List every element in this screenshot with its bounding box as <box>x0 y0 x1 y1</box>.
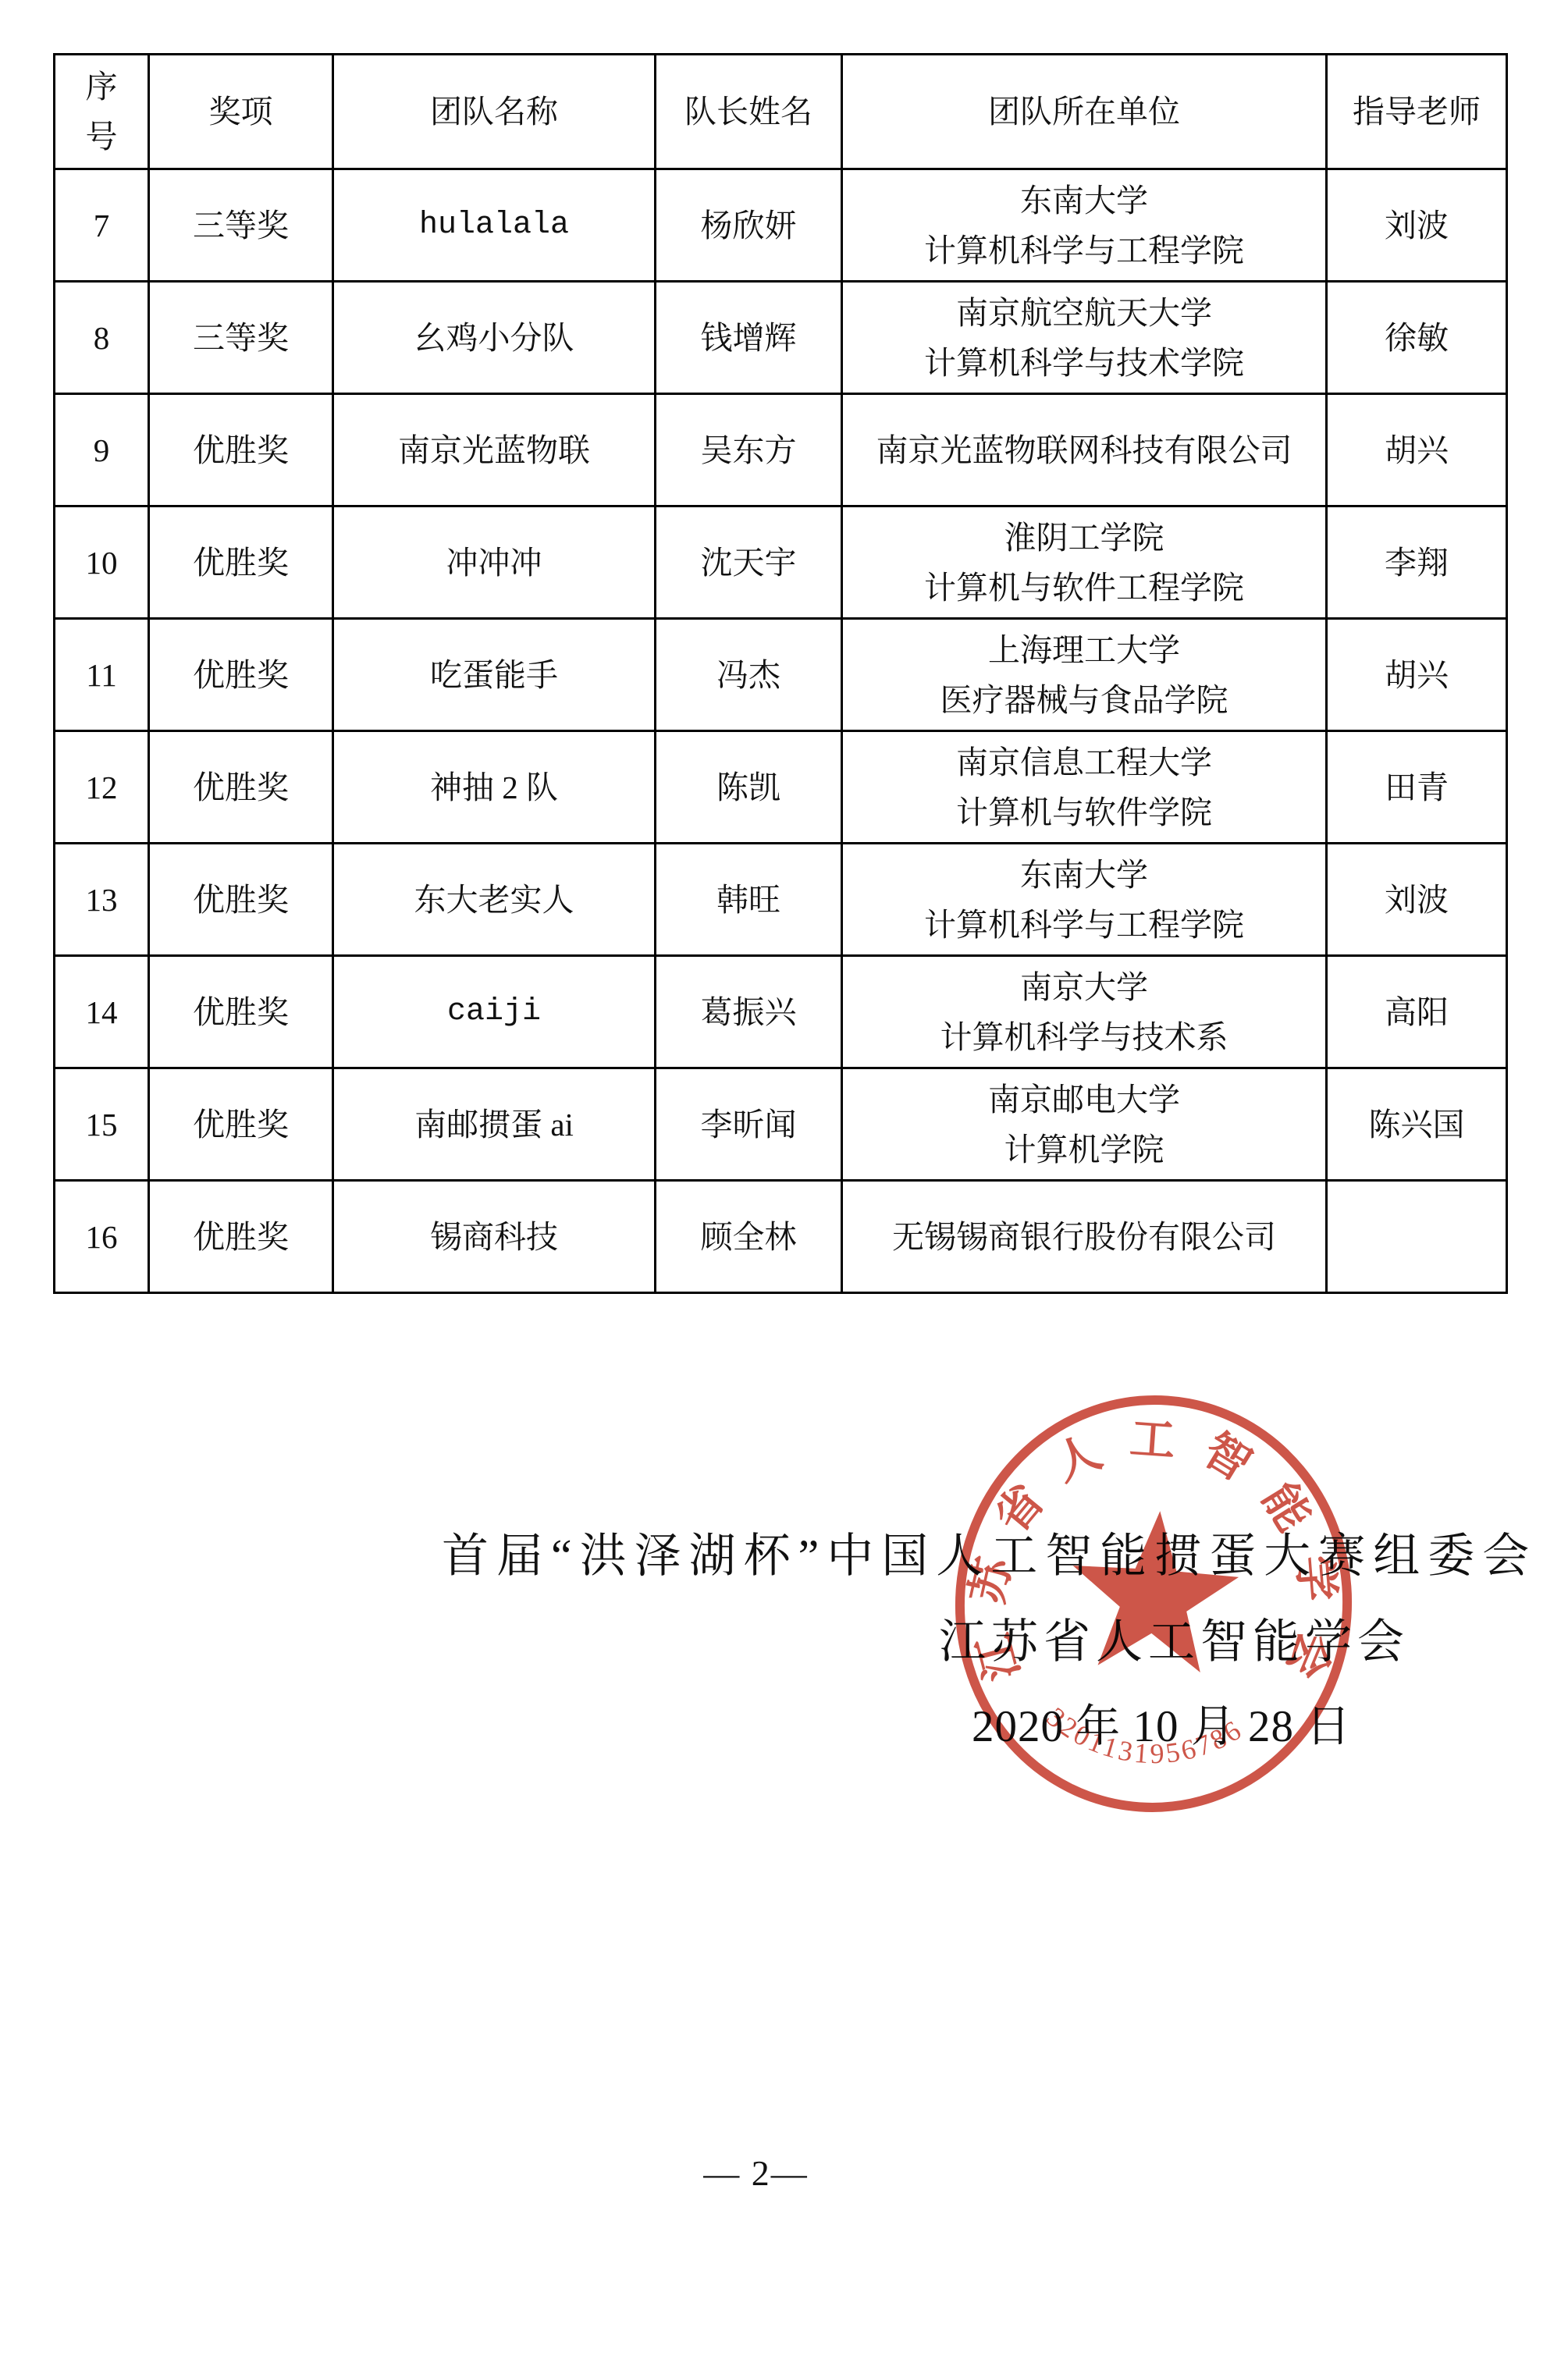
cell-no: 8 <box>55 282 149 394</box>
cell-award: 三等奖 <box>149 169 333 282</box>
cell-teacher: 田青 <box>1327 731 1507 844</box>
cell-teacher: 李翔 <box>1327 506 1507 619</box>
cell-captain: 沈天宇 <box>656 506 842 619</box>
committee-signature-line: 首届“洪泽湖杯”中国人工智能掼蛋大赛组委会 <box>442 1519 1537 1586</box>
cell-team: 吃蛋能手 <box>333 619 656 731</box>
cell-teacher: 胡兴 <box>1327 394 1507 506</box>
table-row: 9 优胜奖 南京光蓝物联 吴东方 南京光蓝物联网科技有限公司 胡兴 <box>55 394 1507 506</box>
header-teacher: 指导老师 <box>1327 55 1507 169</box>
cell-teacher: 陈兴国 <box>1327 1068 1507 1181</box>
header-team: 团队名称 <box>333 55 656 169</box>
cell-org: 东南大学 计算机科学与工程学院 <box>842 169 1327 282</box>
cell-team: 幺鸡小分队 <box>333 282 656 394</box>
cell-no: 15 <box>55 1068 149 1181</box>
cell-org: 上海理工大学 医疗器械与食品学院 <box>842 619 1327 731</box>
cell-captain: 冯杰 <box>656 619 842 731</box>
header-captain: 队长姓名 <box>656 55 842 169</box>
cell-org: 南京邮电大学 计算机学院 <box>842 1068 1327 1181</box>
cell-award: 优胜奖 <box>149 844 333 956</box>
table-header-row: 序号 奖项 团队名称 队长姓名 团队所在单位 指导老师 <box>55 55 1507 169</box>
cell-org: 南京大学 计算机科学与技术系 <box>842 956 1327 1068</box>
cell-captain: 李昕闻 <box>656 1068 842 1181</box>
cell-team: 锡商科技 <box>333 1181 656 1293</box>
award-table: 序号 奖项 团队名称 队长姓名 团队所在单位 指导老师 7 三等奖 hulala… <box>53 53 1508 1294</box>
table-row: 16 优胜奖 锡商科技 顾全林 无锡锡商银行股份有限公司 <box>55 1181 1507 1293</box>
header-org: 团队所在单位 <box>842 55 1327 169</box>
cell-org: 南京航空航天大学 计算机科学与技术学院 <box>842 282 1327 394</box>
table-row: 15 优胜奖 南邮掼蛋 ai 李昕闻 南京邮电大学 计算机学院 陈兴国 <box>55 1068 1507 1181</box>
header-no: 序号 <box>55 55 149 169</box>
cell-award: 三等奖 <box>149 282 333 394</box>
cell-team: 东大老实人 <box>333 844 656 956</box>
cell-team: hulalala <box>333 169 656 282</box>
cell-teacher: 刘波 <box>1327 169 1507 282</box>
cell-award: 优胜奖 <box>149 1068 333 1181</box>
table-row: 11 优胜奖 吃蛋能手 冯杰 上海理工大学 医疗器械与食品学院 胡兴 <box>55 619 1507 731</box>
page-number: — 2— <box>0 2152 1540 2194</box>
cell-captain: 顾全林 <box>656 1181 842 1293</box>
society-signature-line: 江苏省人工智能学会 <box>939 1605 1410 1672</box>
cell-no: 9 <box>55 394 149 506</box>
cell-no: 11 <box>55 619 149 731</box>
cell-captain: 杨欣妍 <box>656 169 842 282</box>
cell-org: 东南大学 计算机科学与工程学院 <box>842 844 1327 956</box>
signature-date: 2020 年 10 月 28 日 <box>972 1690 1351 1754</box>
cell-award: 优胜奖 <box>149 731 333 844</box>
cell-no: 16 <box>55 1181 149 1293</box>
cell-org: 南京信息工程大学 计算机与软件学院 <box>842 731 1327 844</box>
cell-team: caiji <box>333 956 656 1068</box>
cell-award: 优胜奖 <box>149 956 333 1068</box>
cell-team: 南京光蓝物联 <box>333 394 656 506</box>
document-page: 序号 奖项 团队名称 队长姓名 团队所在单位 指导老师 7 三等奖 hulala… <box>0 0 1568 2367</box>
table-row: 8 三等奖 幺鸡小分队 钱增辉 南京航空航天大学 计算机科学与技术学院 徐敏 <box>55 282 1507 394</box>
cell-award: 优胜奖 <box>149 506 333 619</box>
cell-captain: 韩旺 <box>656 844 842 956</box>
table-row: 12 优胜奖 神抽 2 队 陈凯 南京信息工程大学 计算机与软件学院 田青 <box>55 731 1507 844</box>
cell-teacher: 刘波 <box>1327 844 1507 956</box>
cell-no: 12 <box>55 731 149 844</box>
cell-org: 南京光蓝物联网科技有限公司 <box>842 394 1327 506</box>
cell-teacher <box>1327 1181 1507 1293</box>
cell-captain: 葛振兴 <box>656 956 842 1068</box>
cell-captain: 钱增辉 <box>656 282 842 394</box>
cell-no: 10 <box>55 506 149 619</box>
cell-captain: 陈凯 <box>656 731 842 844</box>
cell-org: 无锡锡商银行股份有限公司 <box>842 1181 1327 1293</box>
cell-award: 优胜奖 <box>149 1181 333 1293</box>
cell-team: 神抽 2 队 <box>333 731 656 844</box>
cell-org: 淮阴工学院 计算机与软件工程学院 <box>842 506 1327 619</box>
cell-captain: 吴东方 <box>656 394 842 506</box>
cell-award: 优胜奖 <box>149 619 333 731</box>
table-row: 13 优胜奖 东大老实人 韩旺 东南大学 计算机科学与工程学院 刘波 <box>55 844 1507 956</box>
cell-no: 14 <box>55 956 149 1068</box>
cell-teacher: 徐敏 <box>1327 282 1507 394</box>
cell-teacher: 胡兴 <box>1327 619 1507 731</box>
cell-teacher: 高阳 <box>1327 956 1507 1068</box>
cell-no: 7 <box>55 169 149 282</box>
table-row: 14 优胜奖 caiji 葛振兴 南京大学 计算机科学与技术系 高阳 <box>55 956 1507 1068</box>
header-award: 奖项 <box>149 55 333 169</box>
table-row: 10 优胜奖 冲冲冲 沈天宇 淮阴工学院 计算机与软件工程学院 李翔 <box>55 506 1507 619</box>
cell-team: 冲冲冲 <box>333 506 656 619</box>
cell-no: 13 <box>55 844 149 956</box>
table-row: 7 三等奖 hulalala 杨欣妍 东南大学 计算机科学与工程学院 刘波 <box>55 169 1507 282</box>
cell-award: 优胜奖 <box>149 394 333 506</box>
cell-team: 南邮掼蛋 ai <box>333 1068 656 1181</box>
